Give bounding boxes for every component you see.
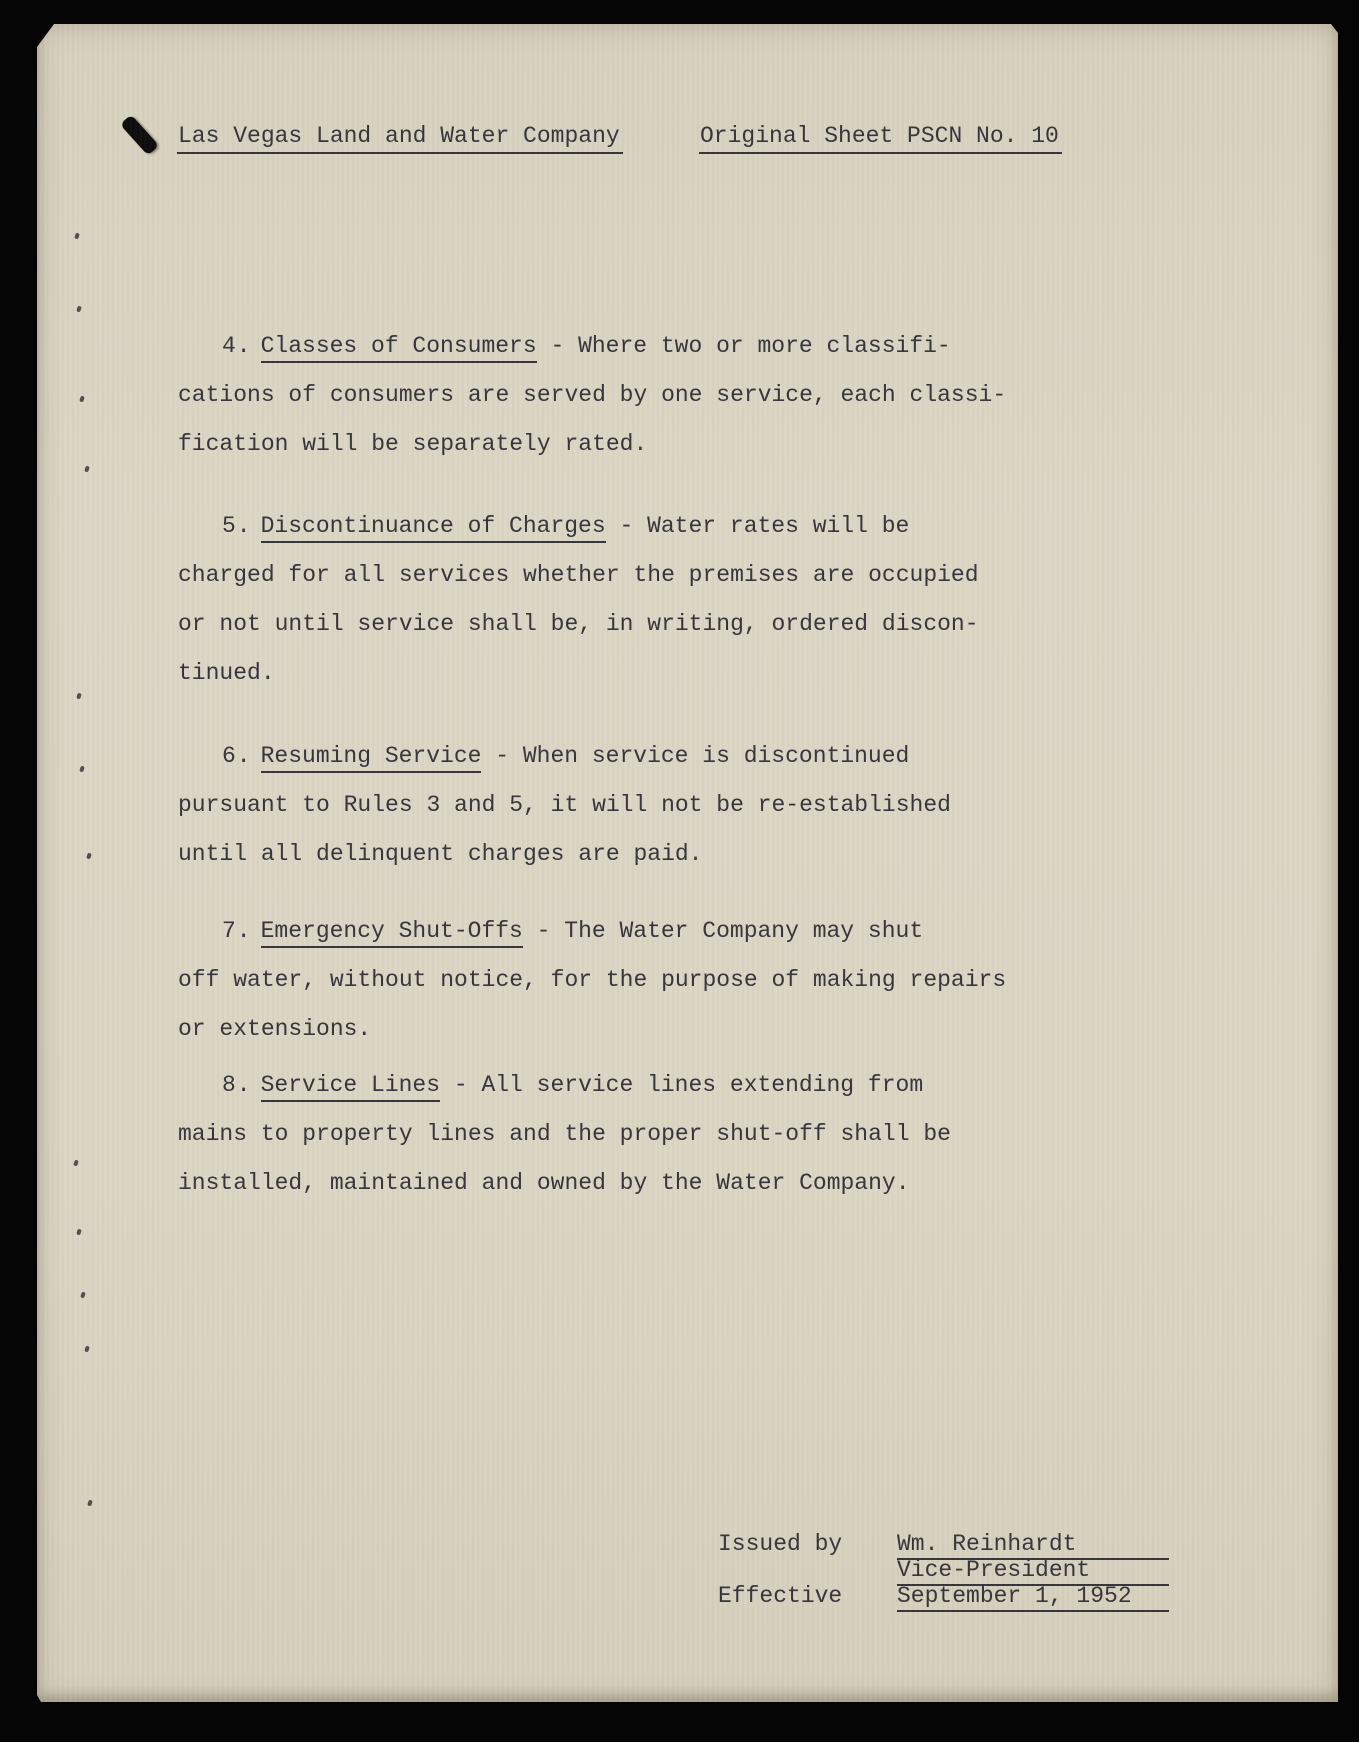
document-page: Las Vegas Land and Water Company Origina… [37, 24, 1338, 1702]
rule-line: cations of consumers are served by one s… [178, 371, 1058, 420]
rule-title: Emergency Shut-Offs [261, 918, 523, 948]
page-header: Las Vegas Land and Water Company [178, 122, 623, 150]
rule-intro: - The Water Company may shut [523, 918, 923, 944]
rule-title: Classes of Consumers [261, 333, 537, 363]
paper-speck [76, 306, 82, 313]
paper-speck [74, 233, 80, 240]
paragraph-first-line: 7.Emergency Shut-Offs - The Water Compan… [178, 907, 1058, 956]
paragraph-first-line: 8.Service Lines - All service lines exte… [178, 1061, 1058, 1110]
paper-speck [87, 1500, 93, 1507]
paragraph-6: 6.Resuming Service - When service is dis… [178, 732, 1058, 879]
rule-number: 8. [222, 1072, 252, 1098]
rule-intro: - When service is discontinued [481, 743, 909, 769]
sheet-number-wrap: Original Sheet PSCN No. 10 [700, 122, 1062, 150]
rule-line: installed, maintained and owned by the W… [178, 1159, 1058, 1208]
rule-line: off water, without notice, for the purpo… [178, 956, 1058, 1005]
rule-intro: - Water rates will be [606, 513, 910, 539]
company-name: Las Vegas Land and Water Company [177, 123, 623, 154]
rule-line: or not until service shall be, in writin… [178, 600, 1058, 649]
paper-speck [80, 1292, 86, 1299]
rule-line: fication will be separately rated. [178, 420, 1058, 469]
ink-blot [120, 114, 159, 155]
effective-label: Effective [718, 1583, 842, 1610]
rule-number: 7. [222, 918, 252, 944]
paragraph-8: 8.Service Lines - All service lines exte… [178, 1061, 1058, 1208]
rule-number: 4. [222, 333, 252, 359]
effective-date: September 1, 1952 [897, 1583, 1169, 1612]
rule-title: Service Lines [261, 1072, 440, 1102]
rule-intro: - Where two or more classifi- [537, 333, 951, 359]
paper-speck [86, 853, 92, 860]
paragraph-first-line: 5.Discontinuance of Charges - Water rate… [178, 502, 1058, 551]
issued-by-name: Wm. Reinhardt [897, 1531, 1169, 1560]
rule-number: 6. [222, 743, 252, 769]
rule-line: until all delinquent charges are paid. [178, 830, 1058, 879]
paper-speck [79, 766, 85, 773]
rule-line: mains to property lines and the proper s… [178, 1110, 1058, 1159]
paper-speck [79, 396, 85, 403]
paragraph-7: 7.Emergency Shut-Offs - The Water Compan… [178, 907, 1058, 1054]
rule-number: 5. [222, 513, 252, 539]
paper-speck [84, 1346, 90, 1353]
sheet-number: Original Sheet PSCN No. 10 [699, 123, 1062, 154]
paragraph-4: 4.Classes of Consumers - Where two or mo… [178, 322, 1058, 469]
paragraph-5: 5.Discontinuance of Charges - Water rate… [178, 502, 1058, 698]
rule-line: pursuant to Rules 3 and 5, it will not b… [178, 781, 1058, 830]
paper-speck [73, 1160, 79, 1167]
paragraph-first-line: 4.Classes of Consumers - Where two or mo… [178, 322, 1058, 371]
issued-by-title: Vice-President [897, 1557, 1169, 1586]
rule-title: Discontinuance of Charges [261, 513, 606, 543]
paper-speck [84, 466, 90, 473]
rule-line: tinued. [178, 649, 1058, 698]
rule-intro: - All service lines extending from [440, 1072, 923, 1098]
scan-background: Las Vegas Land and Water Company Origina… [0, 0, 1359, 1742]
paper-speck [76, 1229, 82, 1236]
paragraph-first-line: 6.Resuming Service - When service is dis… [178, 732, 1058, 781]
rule-line: or extensions. [178, 1005, 1058, 1054]
rule-line: charged for all services whether the pre… [178, 551, 1058, 600]
rule-title: Resuming Service [261, 743, 482, 773]
paper-speck [76, 693, 82, 700]
issued-by-label: Issued by [718, 1531, 842, 1558]
